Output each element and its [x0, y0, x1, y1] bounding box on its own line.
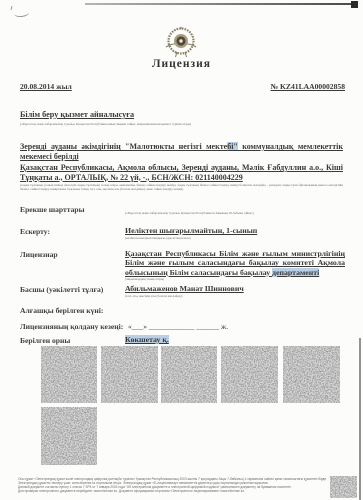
remark-note: (иеліктен шығарылатындығы, рұқсаттың кла…	[125, 236, 343, 240]
licensee-name-text: Зеренді ауданы әкімдігінің "Малотюкты не…	[20, 142, 227, 151]
redacted-stamp-block	[221, 346, 278, 403]
validity-label: Лицензияның қолдану кезеңі:	[20, 322, 123, 331]
license-number: № KZ41LAA00002858	[270, 82, 345, 91]
licensee-address: Қазақстан Республикасы, Ақмола облысы, З…	[20, 163, 343, 182]
licensor-value-highlight: департаменті	[272, 268, 319, 277]
licensor-value: Қазақстан Республикасы Білім және ғылым …	[125, 249, 345, 277]
head-official-value: Абильмаженов Манат Шиннович	[125, 284, 345, 293]
redacted-stamp-block	[161, 346, 217, 403]
head-official-label: Басшы (уәкілетті тұлға)	[20, 285, 103, 294]
licensor-note: (лицензиардың толық атауы)	[125, 277, 343, 281]
footer-fine-print: Осы құжат «Электрондық құжат және электр…	[18, 477, 326, 493]
issue-place-label: Берілген орны	[20, 336, 70, 345]
redacted-stamp-block	[101, 346, 158, 403]
redacted-stamp-block	[41, 346, 97, 403]
pen-mark	[14, 8, 30, 18]
licensee-note: (заңды тұлғаның (соның ішінде шетелдік з…	[20, 183, 343, 191]
special-conditions-note: («Рұқсаттар және хабарламалар туралы» Қа…	[125, 211, 343, 215]
redacted-stamp-block	[283, 346, 340, 403]
scan-edge-line	[359, 338, 361, 500]
remark-label: Ескерту:	[20, 227, 50, 236]
scan-artifact-square	[351, 1, 358, 8]
redacted-stamp-block	[41, 407, 97, 465]
head-official-note: (тегі, аты, әкесінің аты (болған жағдайд…	[125, 294, 343, 298]
issue-place-value: Көкшетау қ.	[125, 335, 169, 344]
validity-blank: «___» ____________ ______ ж.	[128, 322, 228, 331]
special-conditions-label: Ерекше шарттары	[20, 205, 85, 214]
document-title: Лицензия	[0, 58, 363, 70]
first-issued-label: Алғашқы берілген күні:	[20, 306, 103, 315]
remark-value: Иеліктен шығарылмайтын, 1-сынып	[125, 226, 343, 235]
kazakhstan-emblem-icon	[163, 25, 199, 61]
scan-artifact-line	[85, 3, 352, 5]
pen-tick	[11, 6, 13, 10]
activity-note: («Рұқсаттар және хабарламалар туралы» Қа…	[20, 122, 343, 126]
licensee-name-highlight: бі"	[227, 142, 238, 151]
licensor-label: Лицензиар	[20, 250, 58, 259]
issue-date: 20.08.2014 жыл	[20, 82, 72, 91]
qr-code	[330, 476, 357, 498]
license-document: Лицензия 20.08.2014 жыл № KZ41LAA0000285…	[0, 0, 363, 500]
footer-line: Для проверки электронного документа пере…	[18, 489, 326, 493]
activity-title: Білім беру қызмет айналысуға	[20, 110, 134, 119]
licensee-name: Зеренді ауданы әкімдігінің "Малотюкты не…	[20, 142, 343, 162]
